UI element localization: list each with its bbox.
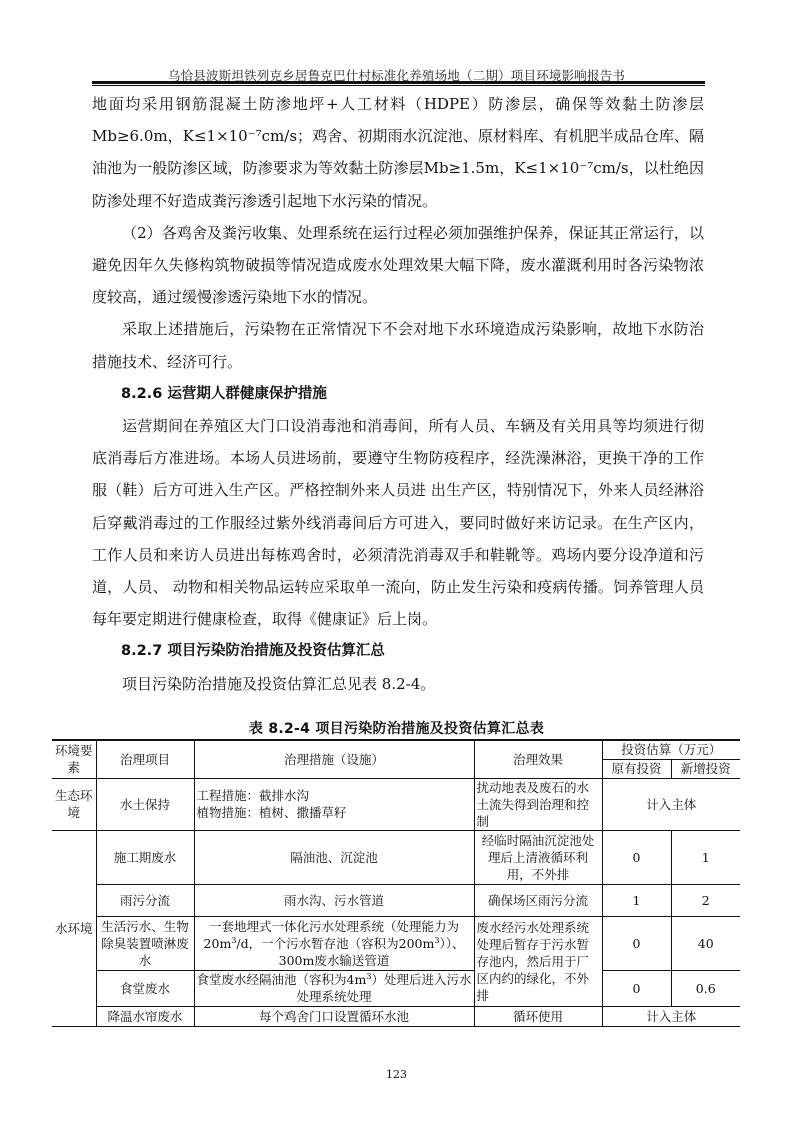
cell-original: 0 [602,916,671,970]
table-row: 降温水帘废水 每个鸡舍门口设置循环水池 循环使用 计入主体 [52,1006,740,1026]
cell-original: 0 [602,970,671,1006]
section-heading-8-2-6: 8.2.6 运营期人群健康保护措施 [92,378,704,410]
section-heading-8-2-7: 8.2.7 项目污染防治措施及投资估算汇总 [92,635,704,667]
cell-new: 0.6 [671,970,740,1006]
cell-element: 生态环境 [52,778,96,830]
paragraph-groundwater-seepage: 地面均采用钢筋混凝土防渗地坪+人工材料（HDPE）防渗层，确保等效黏土防渗层Mb… [92,88,704,217]
cell-investment-merged: 计入主体 [602,778,740,830]
cell-original: 1 [602,884,671,916]
cell-new: 2 [671,884,740,916]
header-investment-estimate: 投资估算（万元） [602,740,740,759]
paragraph-conclusion: 采取上述措施后，污染物在正常情况下不会对地下水环境造成污染影响，故地下水防治措施… [92,313,704,377]
header-double-rule [92,81,705,86]
cell-measure: 雨水沟、污水管道 [194,884,474,916]
table-row: 雨污分流 雨水沟、污水管道 确保场区雨污分流 1 2 [52,884,740,916]
cell-item: 食堂废水 [96,970,194,1006]
header-treatment-effect: 治理效果 [474,740,602,778]
cell-effect: 确保场区雨污分流 [474,884,602,916]
paragraph-health-protection: 运营期间在养殖区大门口设消毒池和消毒间，所有人员、车辆及有关用具等均须进行彻底消… [92,410,704,635]
table-header-row: 环境要素 治理项目 治理措施（设施） 治理效果 投资估算（万元） [52,740,740,759]
paragraph-table-reference: 项目污染防治措施及投资估算汇总见表 8.2-4。 [92,668,704,700]
body-text: 地面均采用钢筋混凝土防渗地坪+人工材料（HDPE）防渗层，确保等效黏土防渗层Mb… [92,88,704,700]
cell-item: 降温水帘废水 [96,1006,194,1026]
pollution-control-investment-table: 环境要素 治理项目 治理措施（设施） 治理效果 投资估算（万元） 原有投资 新增… [52,739,740,1027]
page-number: 123 [0,1068,793,1081]
cell-item: 施工期废水 [96,830,194,884]
measure-engineering: 工程措施：截排水沟 [197,787,472,804]
header-treatment-measure: 治理措施（设施） [194,740,474,778]
header-original-investment: 原有投资 [602,759,671,778]
table-row: 生活污水、生物除臭装置喷淋废水 一套地埋式一体化污水处理系统（处理能力为20m3… [52,916,740,970]
table-row: 生态环境 水土保持 工程措施：截排水沟 植物措施：植树、撒播草籽 扰动地表及废石… [52,778,740,830]
cell-measure: 一套地埋式一体化污水处理系统（处理能力为20m3/d，一个污水暂存池（容积为20… [194,916,474,970]
measure-text: 食堂废水经隔油池（容积为4m [197,972,367,987]
cell-measure: 隔油池、沉淀池 [194,830,474,884]
cell-effect-merged: 废水经污水处理系统处理后暂存于污水暂存池内，然后用于厂区内约的绿化，不外排 [474,916,602,1006]
header-treatment-item: 治理项目 [96,740,194,778]
cell-effect: 经临时隔油沉淀池处理后上清液循环利用，不外排 [474,830,602,884]
cell-measure: 每个鸡舍门口设置循环水池 [194,1006,474,1026]
table-row: 水环境 施工期废水 隔油池、沉淀池 经临时隔油沉淀池处理后上清液循环利用，不外排… [52,830,740,884]
cell-effect: 循环使用 [474,1006,602,1026]
cell-new: 1 [671,830,740,884]
cell-effect: 扰动地表及废石的水土流失得到治理和控制 [474,778,602,830]
cell-item: 雨污分流 [96,884,194,916]
measure-planting: 植物措施：植树、撒播草籽 [197,804,472,821]
table-row: 食堂废水 食堂废水经隔油池（容积为4m3）处理后进入污水处理系统处理 0 0.6 [52,970,740,1006]
header-new-investment: 新增投资 [671,759,740,778]
cell-original: 0 [602,830,671,884]
paragraph-maintenance: （2）各鸡舍及粪污收集、处理系统在运行过程必须加强维护保养，保证其正常运行，以避… [92,217,704,314]
header-environment-element: 环境要素 [52,740,96,778]
table-caption: 表 8.2-4 项目污染防治措施及投资估算汇总表 [0,718,793,738]
cell-item: 水土保持 [96,778,194,830]
cell-measure: 工程措施：截排水沟 植物措施：植树、撒播草籽 [194,778,474,830]
cell-element-water: 水环境 [52,830,96,1026]
header-rule-thick [92,81,705,84]
cell-new: 40 [671,916,740,970]
cell-item: 生活污水、生物除臭装置喷淋废水 [96,916,194,970]
cell-investment-merged: 计入主体 [602,1006,740,1026]
cell-measure: 食堂废水经隔油池（容积为4m3）处理后进入污水处理系统处理 [194,970,474,1006]
measure-text: /d，一个污水暂存池（容积为200m [236,936,434,951]
header-rule-thin [92,85,705,86]
